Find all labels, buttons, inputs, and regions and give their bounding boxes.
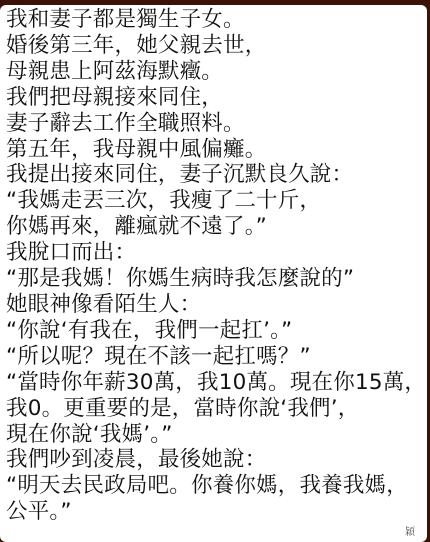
- story-line: 第五年，我母親中風偏癱。: [6, 137, 426, 163]
- story-line: 公平。”: [6, 499, 426, 525]
- story-line: “我媽走丟三次，我瘦了二十斤，: [6, 188, 426, 214]
- story-line: 我們吵到凌晨，最後她說：: [6, 447, 426, 473]
- story-line: 母親患上阿茲海默癥。: [6, 59, 426, 85]
- story-line: “你說‘有我在，我們一起扛’。”: [6, 318, 426, 344]
- story-line: 我們把母親接來同住，: [6, 85, 426, 111]
- story-line: 現在你說‘我媽’。”: [6, 422, 426, 448]
- story-line: 我脫口而出：: [6, 240, 426, 266]
- story-line: 我提出接來同住，妻子沉默良久說：: [6, 162, 426, 188]
- story-line: 妻子辭去工作全職照料。: [6, 111, 426, 137]
- story-line: 她眼神像看陌生人：: [6, 292, 426, 318]
- story-panel: 我和妻子都是獨生子女。 婚後第三年，她父親去世， 母親患上阿茲海默癥。 我們把母…: [0, 5, 427, 542]
- story-line: “那是我媽！你媽生病時我怎麼說的”: [6, 266, 426, 292]
- story-line: 我0。更重要的是，當時你說‘我們’，: [6, 396, 426, 422]
- watermark: 穎: [405, 523, 415, 538]
- story-text: 我和妻子都是獨生子女。 婚後第三年，她父親去世， 母親患上阿茲海默癥。 我們把母…: [6, 7, 426, 525]
- story-line: 婚後第三年，她父親去世，: [6, 33, 426, 59]
- story-line: “所以呢？現在不該一起扛嗎？”: [6, 344, 426, 370]
- story-line: “當時你年薪30萬，我10萬。現在你15萬，: [6, 370, 426, 396]
- story-line: 你媽再來，離瘋就不遠了。”: [6, 214, 426, 240]
- story-line: “明天去民政局吧。你養你媽，我養我媽，: [6, 473, 426, 499]
- story-line: 我和妻子都是獨生子女。: [6, 7, 426, 33]
